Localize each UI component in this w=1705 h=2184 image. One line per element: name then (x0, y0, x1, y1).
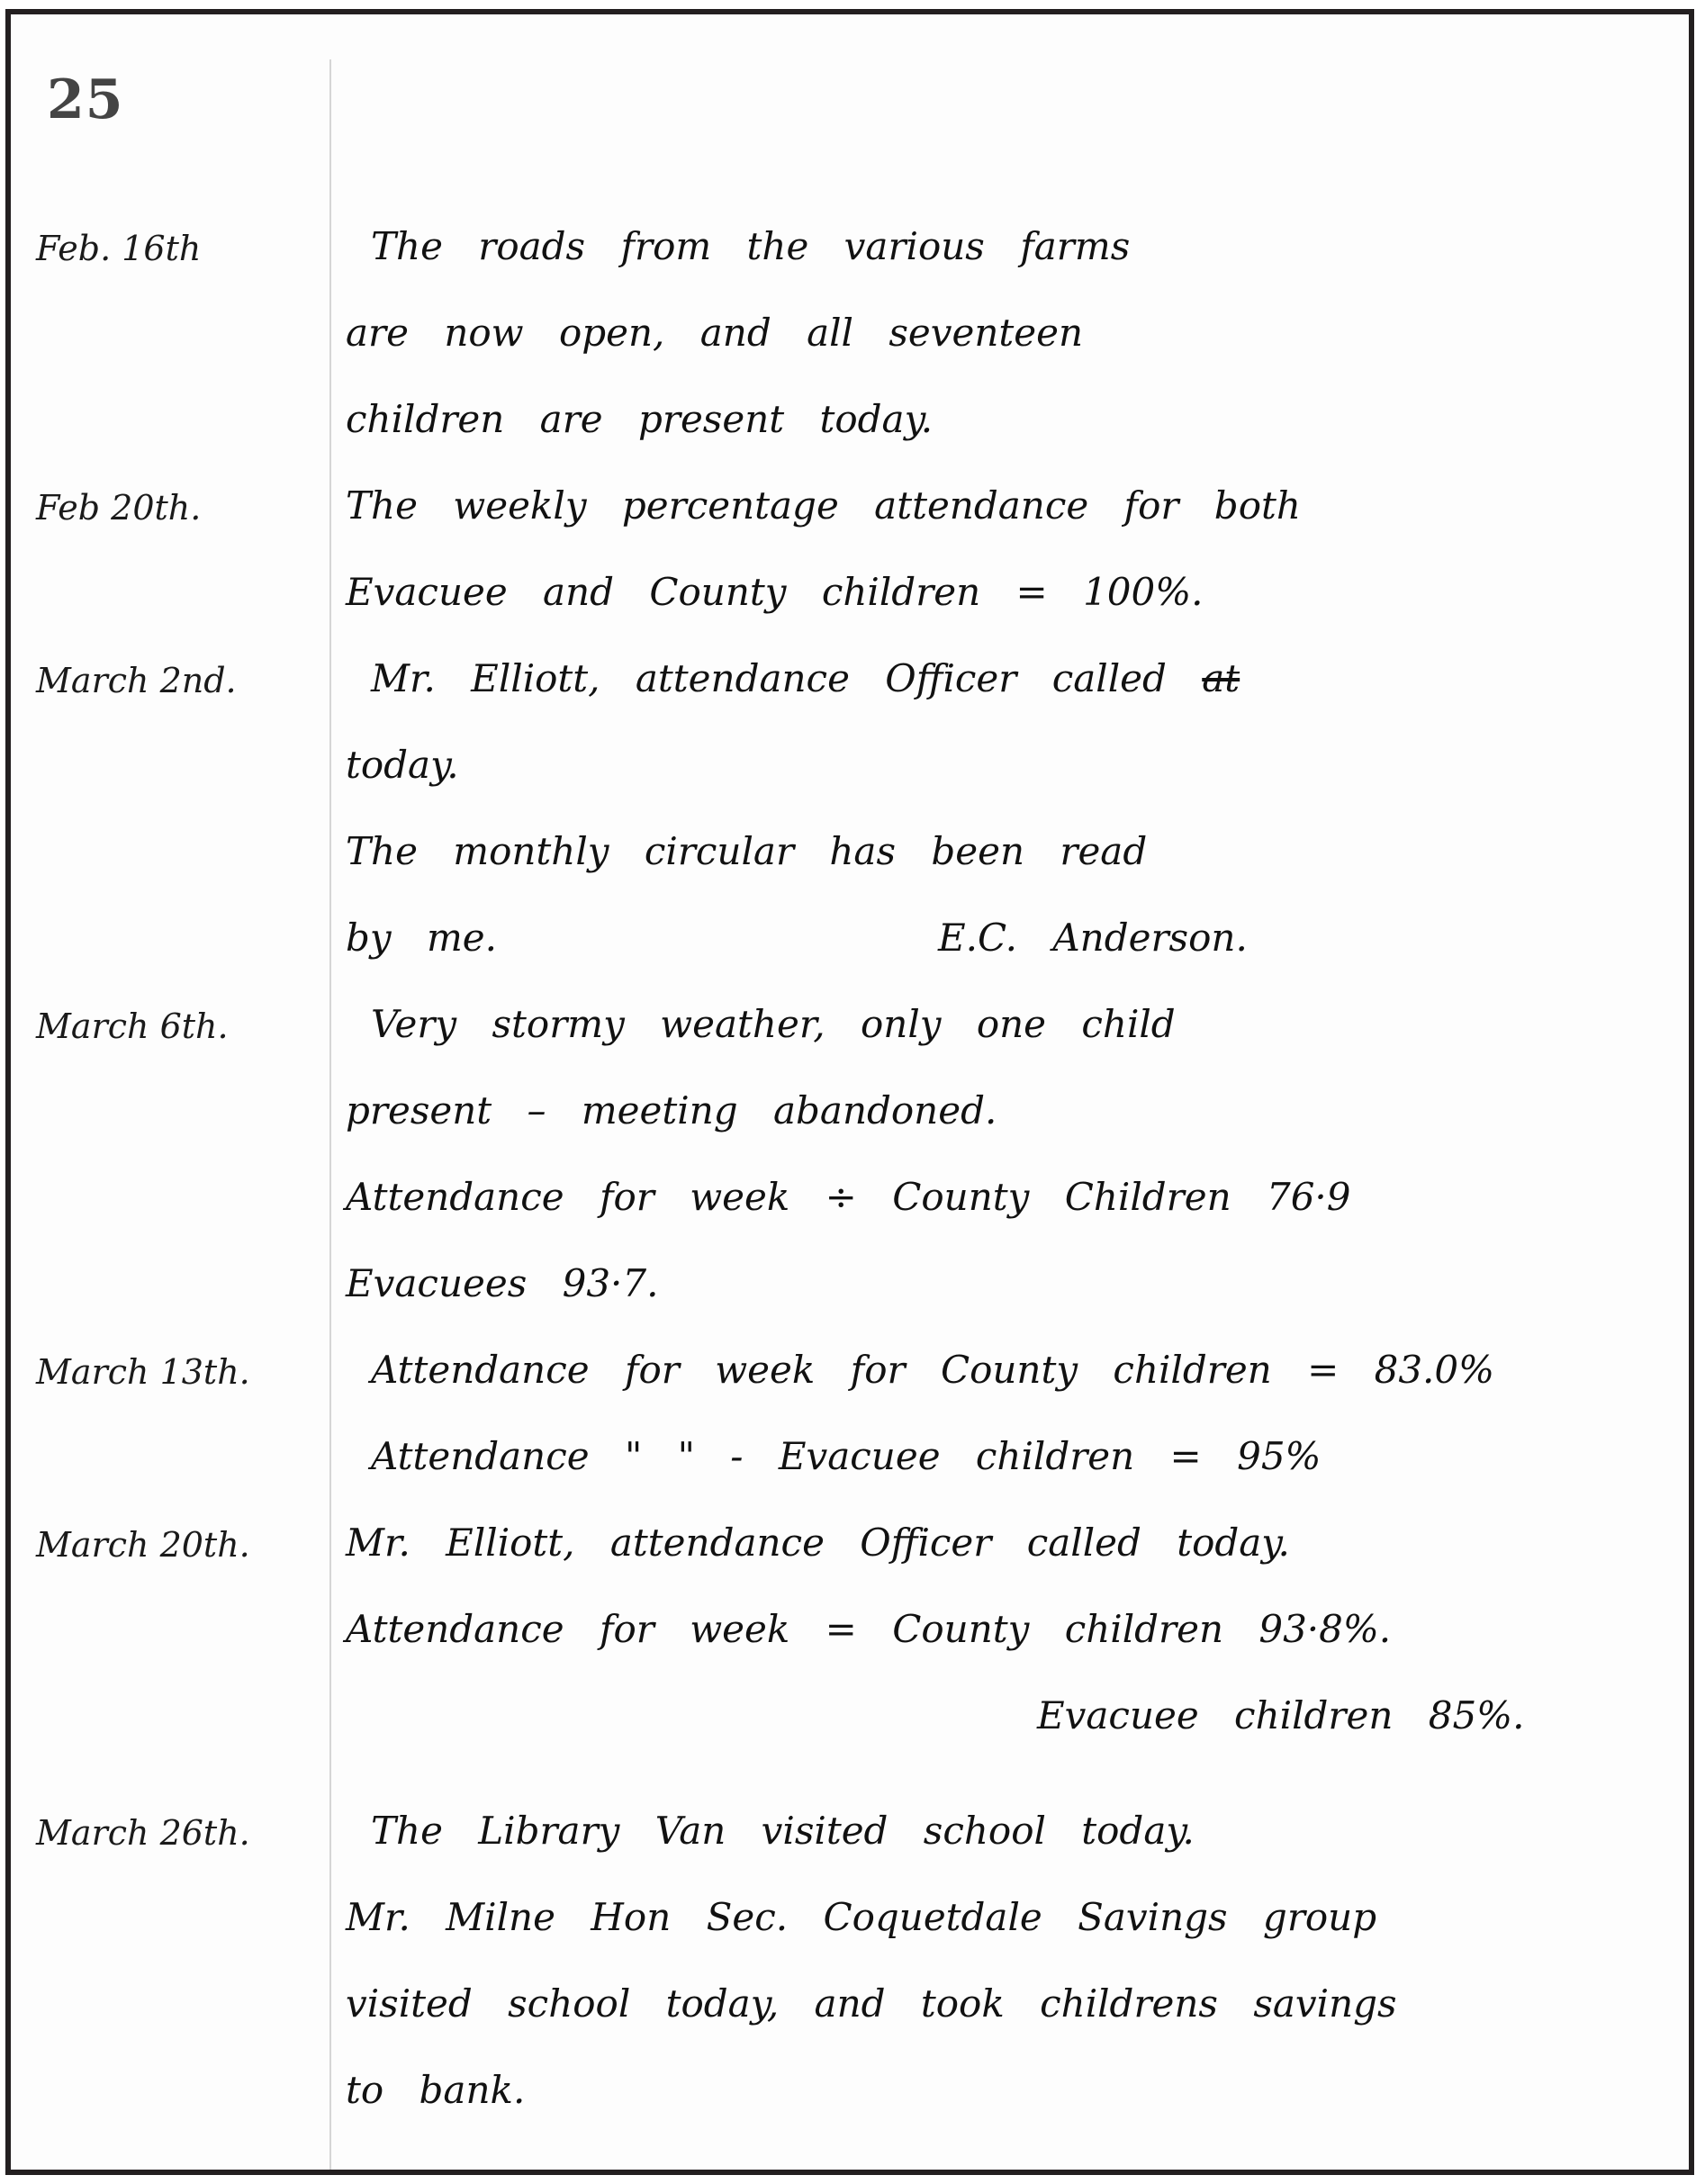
entry-text: Mr. Elliott, attendance Officer called t… (346, 1521, 1653, 1565)
entry-text: Evacuee and County children = 100%. (346, 570, 1653, 614)
entry-text: Mr. Elliott, attendance Officer called a… (371, 656, 1653, 700)
entry-text: Attendance for week ÷ County Children 76… (346, 1175, 1653, 1219)
entry-date: March 20th. (36, 1525, 324, 1565)
entry-line: visited school today, and took childrens… (11, 1952, 1689, 2038)
entry-text: Evacuees 93·7. (346, 1261, 1653, 1305)
entry-text: The roads from the various farms (371, 224, 1653, 268)
entry-text: to bank. (346, 2068, 1653, 2112)
entry-line: today. (11, 713, 1689, 799)
entry-line: Attendance for week ÷ County Children 76… (11, 1145, 1689, 1232)
entry-date: March 6th. (36, 1006, 324, 1046)
entry-date: March 13th. (36, 1352, 324, 1392)
entry-date: Feb. 16th (36, 229, 324, 268)
signature: E.C. Anderson. (938, 916, 1653, 960)
entry-line: Evacuee children 85%. (11, 1664, 1689, 1750)
page-number: 25 (47, 68, 124, 131)
entry-line: Feb 20th. The weekly percentage attendan… (11, 454, 1689, 540)
entry-date: Feb 20th. (36, 488, 324, 528)
entry-line: present – meeting abandoned. (11, 1059, 1689, 1145)
entry-line: March 26th. The Library Van visited scho… (11, 1779, 1689, 1865)
entry-line: Attendance " " - Evacuee children = 95% (11, 1404, 1689, 1491)
entry-line: Feb. 16th The roads from the various far… (11, 194, 1689, 281)
entry-text: Attendance for week = County children 93… (346, 1607, 1653, 1651)
entry-line: March 13th. Attendance for week for Coun… (11, 1318, 1689, 1404)
entry-text: are now open, and all seventeen (346, 311, 1653, 355)
entry-line: to bank. (11, 2038, 1689, 2125)
entry-text: Evacuee children 85%. (1037, 1693, 1653, 1737)
entry-line: Evacuee and County children = 100%. (11, 540, 1689, 627)
entry-line: March 6th. Very stormy weather, only one… (11, 972, 1689, 1059)
entry-line: Mr. Milne Hon Sec. Coquetdale Savings gr… (11, 1865, 1689, 1952)
entry-date: March 26th. (36, 1813, 324, 1853)
entry-text: Mr. Milne Hon Sec. Coquetdale Savings gr… (346, 1895, 1653, 1939)
entry-text: children are present today. (346, 397, 1653, 441)
logbook-page: 25 Feb. 16th The roads from the various … (5, 9, 1694, 2175)
entry-line: Evacuees 93·7. (11, 1232, 1689, 1318)
entry-text: Attendance for week for County children … (371, 1348, 1653, 1392)
entry-line: March 2nd. Mr. Elliott, attendance Offic… (11, 627, 1689, 713)
entry-line: by me. E.C. Anderson. (11, 886, 1689, 972)
entry-text-main: Mr. Elliott, attendance Officer called (371, 656, 1167, 700)
entry-text: The monthly circular has been read (346, 829, 1653, 873)
entry-text: Very stormy weather, only one child (371, 1002, 1653, 1046)
entry-line: are now open, and all seventeen (11, 281, 1689, 367)
entry-text: today. (346, 743, 1653, 787)
entry-text: Attendance " " - Evacuee children = 95% (371, 1434, 1653, 1478)
entry-line: children are present today. (11, 367, 1689, 454)
entry-text: The Library Van visited school today. (371, 1809, 1653, 1853)
struck-word: at (1202, 656, 1240, 700)
entry-text: The weekly percentage attendance for bot… (346, 483, 1653, 528)
entry-line: Attendance for week = County children 93… (11, 1577, 1689, 1664)
entry-text: visited school today, and took childrens… (346, 1981, 1653, 2026)
entry-line: March 20th. Mr. Elliott, attendance Offi… (11, 1491, 1689, 1577)
entry-text: present – meeting abandoned. (346, 1088, 1653, 1133)
entry-date: March 2nd. (36, 661, 324, 700)
entry-line: The monthly circular has been read (11, 799, 1689, 886)
